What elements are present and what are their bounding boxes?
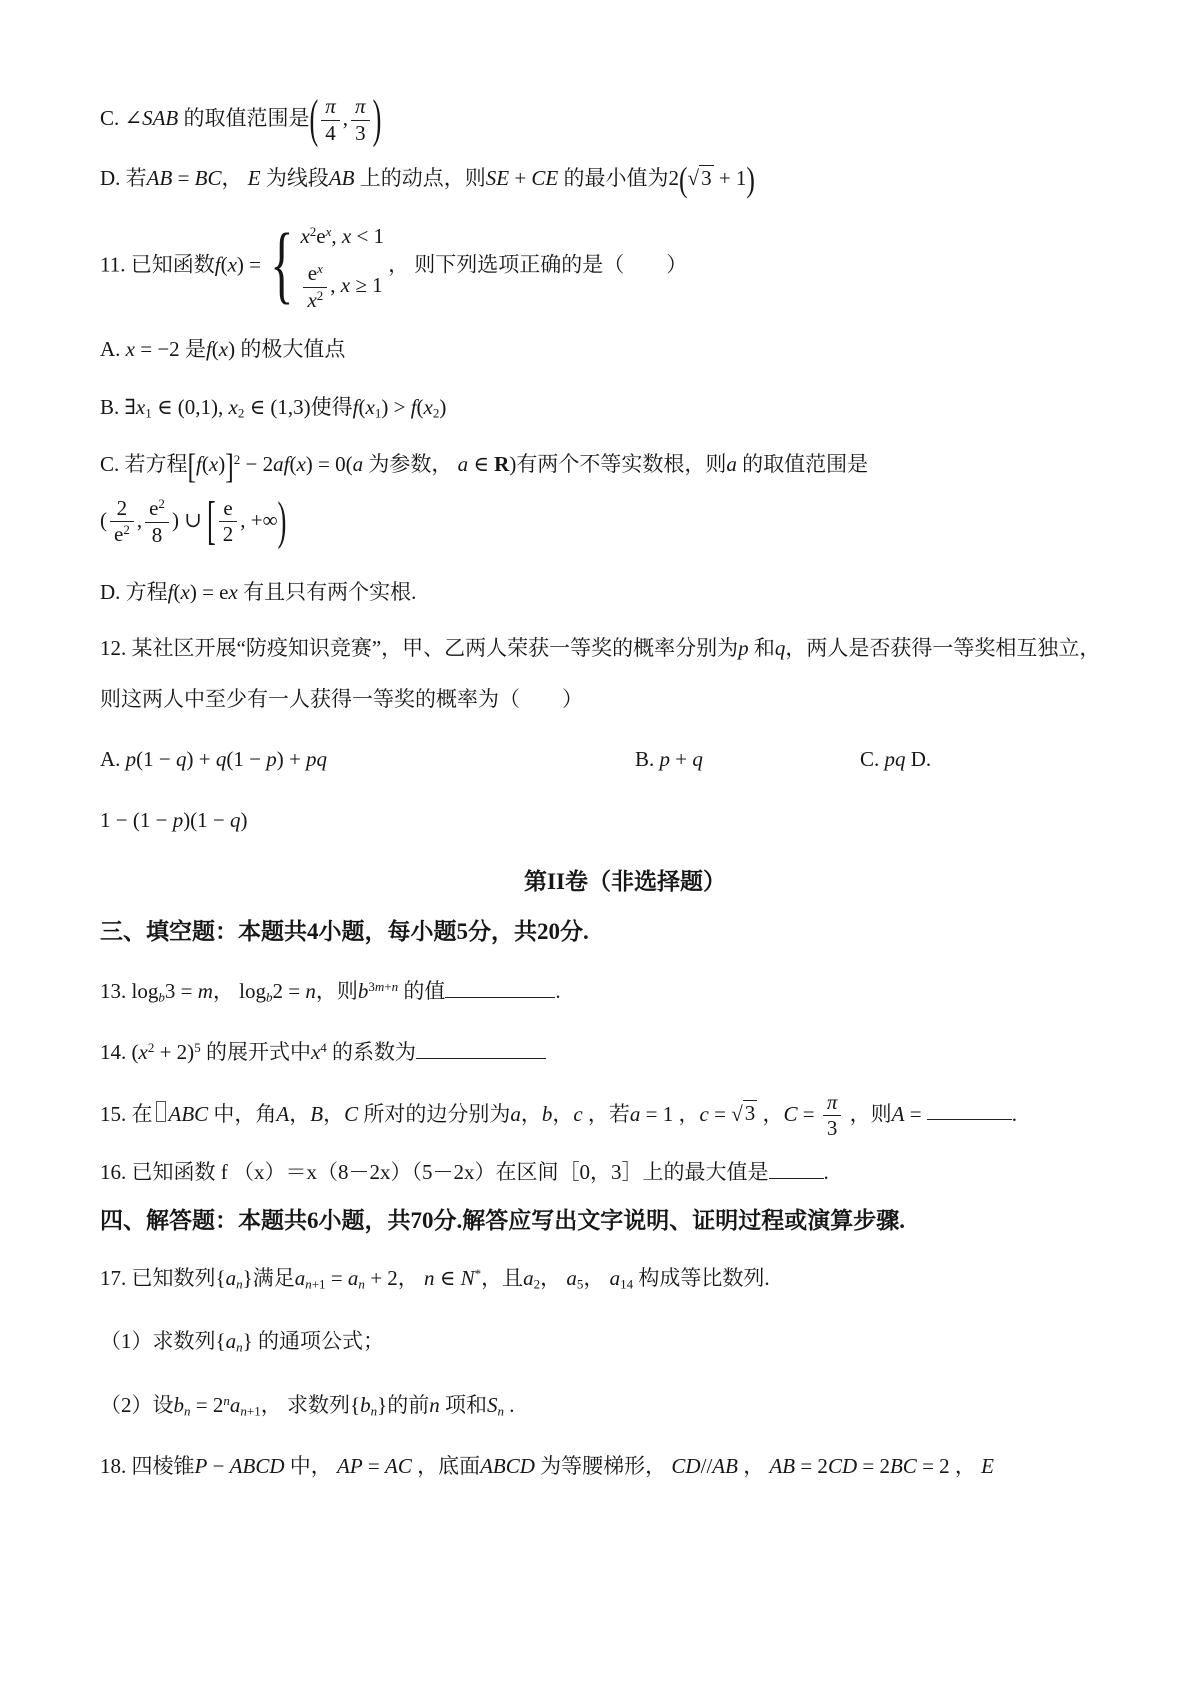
math-text: C. ∠ [100,106,142,130]
math-text: ， [323,1101,344,1125]
math-text: ABC [169,1101,209,1125]
math-text: 的展开式中 [201,1040,311,1064]
math-text: ，若 [583,1101,630,1125]
math-text: = [363,1454,385,1478]
math-text: 3 [701,166,712,190]
math-text: p [738,636,749,660]
math-text: )(1 − [183,808,230,832]
math-fraction: 2e2 [110,497,134,547]
math-text: A. [100,337,126,361]
math-text: ABCD [230,1454,285,1478]
math-text: x [229,580,238,604]
math-text: a [458,452,469,476]
math-text: = −2 [135,337,185,361]
math-fraction: π3 [823,1091,842,1141]
math-text: C. [860,747,885,771]
math-text: < 1 [351,224,384,248]
math-text: ， [222,166,248,190]
math-text: x [317,261,323,276]
fraction-denominator: 4 [321,121,340,146]
math-text: x [229,395,238,419]
math-text: + [384,978,391,993]
q17-part2-line: （2）设bn = 2nan+1， 求数列{bn}的前n 项和Sn . [100,1390,1150,1422]
math-text: 上的动点，则 [355,166,486,190]
math-text: 所对的边分别为 [358,1101,510,1125]
math-text: AB [329,166,355,190]
math-text: 17. 已知数列 [100,1266,216,1290]
math-text: ( [221,252,228,276]
math-text: = 2 [191,1393,224,1417]
math-text: a [353,452,364,476]
math-text: 16. 已知函数 f （x）＝x（8－2x）（5－2x）在区间［0，3］上的最大… [100,1160,769,1184]
math-text: ABCD [480,1454,535,1478]
q15-line: 15. 在ABC 中，角A，B，C 所对的边分别为a，b，c ，若a = 1 ，… [100,1091,1150,1141]
math-text: D. 若 [100,166,147,190]
math-text: 4 [325,121,336,145]
math-text: 3 [827,1116,838,1140]
fraction-numerator: 2 [110,497,134,523]
math-text: { [216,1329,226,1353]
q10-option-d-line: D. 若AB = BC， E 为线段AB 上的动点，则SE + CE 的最小值为… [100,163,1150,195]
math-text: ，则 [316,979,358,1003]
math-text: 构成等比数列. [633,1266,770,1290]
math-text: x [228,252,237,276]
math-text: 的通项公式； [253,1329,384,1353]
cases-brace-icon: { [270,223,293,310]
math-text: ， [552,1101,573,1125]
math-text: 12. 某社区开展“防疫知识竞赛”，甲、乙两人荣获一等奖的概率分别为 [100,636,738,660]
math-fraction: e2 [219,497,238,547]
math-text: ， [213,979,239,1003]
math-text: 14 [620,1276,633,1291]
math-text: a [523,1266,534,1290]
math-text: ∃ [125,395,136,419]
math-text: 为线段 [261,166,329,190]
math-text: 则这两人中至少有一人获得一等奖的概率为（ ） [100,687,583,711]
math-text: CD [828,1454,857,1478]
q12-option-c-line: C. pq D. [860,744,1150,776]
math-text: ， [583,1266,609,1290]
math-text: x [366,395,375,419]
fraction-numerator: e2 [145,497,169,523]
math-text: − 2 [240,452,273,476]
math-text: e [316,224,325,248]
math-text: e [308,261,317,285]
math-text: + 2 [365,1266,398,1290]
big-delimiter: ] [225,449,234,484]
math-text: pq [306,747,327,771]
math-text: 的最小值为 [558,166,668,190]
math-text: E [981,1454,994,1478]
math-fraction: exx2 [303,262,327,312]
math-text: 的取值范围是 [737,452,868,476]
math-text: 11. 已知函数 [100,252,215,276]
math-text: ≥ 1 [350,273,383,297]
cases-rows: x2ex, x < 1exx2, x ≥ 1 [300,221,384,313]
math-text: P [195,1454,208,1478]
math-sup: 2 [317,288,324,303]
math-text: x [139,1040,148,1064]
math-text: ∈ [468,452,494,476]
q11-option-c-range-line: (2e2,e28) ∪ [e2, +∞) [100,497,1150,547]
math-text: + [509,166,531,190]
q16-line: 16. 已知函数 f （x）＝x（8－2x）（5－2x）在区间［0，3］上的最大… [100,1157,1150,1189]
math-text: + [670,747,692,771]
part2-header: 第II卷（非选择题） [100,865,1150,900]
math-text: = 2 [795,1454,828,1478]
math-text: (1 − [226,747,266,771]
radicand: 3 [743,1100,758,1125]
math-text: . [504,1393,515,1417]
math-sub: n+1 [240,1403,260,1418]
math-text: + 1 [714,166,747,190]
math-text: 2 [317,288,324,303]
math-text: q [216,747,227,771]
math-text: 的值 [398,979,445,1003]
math-text: +1 [247,1403,261,1418]
fraction-numerator: π [351,95,370,121]
math-text: 使得 [311,395,353,419]
math-text: ) + [277,747,306,771]
math-text: 和 [749,636,775,660]
math-text: b [360,1393,371,1417]
math-text: （2）设 [100,1393,174,1417]
big-delimiter: ( [310,94,319,147]
math-text: ) [241,808,248,832]
math-text: ，两人是否获得一等奖相互独立， [785,636,1100,660]
math-text: S [487,1393,498,1417]
math-text: 的前 [387,1393,429,1417]
math-text: af [273,452,289,476]
math-text: 14. [100,1040,132,1064]
math-text: a [610,1266,621,1290]
math-text: ) [218,452,225,476]
big-delimiter: [ [188,449,197,484]
fraction-numerator: e [219,497,238,523]
math-text: a [226,1329,237,1353]
math-text: q [775,636,786,660]
math-text: A. [100,747,126,771]
math-text: N [461,1266,475,1290]
math-text: 项和 [440,1393,487,1417]
math-text: CE [531,166,558,190]
math-fraction: π3 [351,95,370,145]
math-text: , [331,224,342,248]
q12-options-row: A. p(1 − q) + q(1 − p) + pq B. p + q C. … [100,744,1150,776]
q12-stem-line-1: 12. 某社区开展“防疫知识竞赛”，甲、乙两人荣获一等奖的概率分别为p 和q，两… [100,633,1150,665]
math-text: . [824,1160,829,1184]
math-text: , [137,508,142,532]
math-text: p [173,808,184,832]
math-text: 2 [123,522,130,537]
q13-line: 13. logb3 = m， logb2 = n，则b3m+n 的值. [100,976,1150,1008]
math-text: ( [202,452,209,476]
math-text: (1 − [136,747,176,771]
q17-stem-line: 17. 已知数列{an}满足an+1 = an + 2， n ∈ N*，且a2，… [100,1263,1150,1295]
fraction-denominator: e2 [110,522,134,547]
fraction-numerator: ex [303,262,327,288]
math-text: ( [212,337,219,361]
answer-blank [445,979,555,998]
math-text: BC [890,1454,917,1478]
big-delimiter: ) [746,163,755,198]
math-text: 8 [152,523,163,547]
math-text: 3 [745,1101,756,1125]
math-text: x [311,1040,320,1064]
radical-sign-icon: √ [731,1101,743,1125]
math-text: q [176,747,187,771]
math-text: a [630,1101,641,1125]
q12-option-d-formula-line: 1 − (1 − p)(1 − q) [100,805,1150,837]
math-text: AB [769,1454,795,1478]
math-text: x [300,224,309,248]
math-text: E [248,166,261,190]
math-text: a [348,1266,359,1290]
math-text: n [424,1266,435,1290]
section3-fill-in-header: 三、填空题：本题共4小题，每小题5分，共20分. [100,915,1150,950]
math-text: = [326,1266,348,1290]
big-delimiter: ( [679,163,688,198]
math-text: ) ∪ [172,508,207,532]
exam-paper-page: C. ∠SAB 的取值范围是(π4,π3) D. 若AB = BC， E 为线段… [0,0,1200,1483]
math-text: b [174,1393,185,1417]
math-text: log [239,979,266,1003]
fraction-denominator: 2 [219,522,238,547]
math-text: ， [521,1101,542,1125]
math-text: b [542,1101,553,1125]
math-text: ) > [381,395,410,419]
math-text: n [305,979,316,1003]
math-text: . [1012,1101,1017,1125]
math-text: . [555,979,560,1003]
math-text: 中，角 [208,1101,276,1125]
math-text: log [132,979,159,1003]
math-text: , [343,106,348,130]
math-text: { [350,1393,360,1417]
math-text: e [114,523,123,547]
math-text: = [172,166,194,190]
math-text: D. 方程 [100,580,168,604]
math-sup: 2 [158,496,165,511]
math-sup: 2 [123,522,130,537]
math-text: 15. 在 [100,1101,153,1125]
math-text: x [181,580,190,604]
math-sup: 3m+n [368,978,398,993]
big-delimiter: ) [278,496,287,549]
math-text: （1）求数列 [100,1329,216,1353]
math-text: C [344,1101,358,1125]
math-text: x [307,288,316,312]
cases-row: exx2, x ≥ 1 [300,262,384,312]
math-text: c [573,1101,582,1125]
math-text: e [223,496,232,520]
q12-option-b-line: B. p + q [635,744,860,776]
math-text: D. [906,747,932,771]
math-text: ， [757,1101,783,1125]
math-text: } [377,1393,387,1417]
math-text: = [709,1101,731,1125]
answer-blank [769,1160,824,1179]
math-text: B [310,1101,323,1125]
math-text: x [341,273,350,297]
math-text: 18. 四棱锥 [100,1454,195,1478]
fraction-denominator: 3 [823,1116,842,1141]
math-text: 满足 [253,1266,295,1290]
math-text: BC [195,166,222,190]
math-fraction: e28 [145,497,169,547]
math-text: ， [398,1266,424,1290]
math-text: a [566,1266,577,1290]
math-text: = [797,1101,819,1125]
math-fraction: π4 [321,95,340,145]
math-text: p [126,747,137,771]
math-text: CD [671,1454,700,1478]
math-text: a [230,1393,241,1417]
math-text: { [216,1266,226,1290]
math-text: ( [417,395,424,419]
math-text: SAB [142,106,178,130]
math-text: 是 [185,337,206,361]
q11-option-a-line: A. x = −2 是f(x) 的极大值点 [100,334,1150,366]
math-text: = 2 [917,1454,950,1478]
q11-option-d-line: D. 方程f(x) = ex 有且只有两个实根. [100,577,1150,609]
math-text: 的取值范围是 [178,106,309,130]
math-text: π [325,94,336,118]
q14-line: 14. (x2 + 2)5 的展开式中x4 的系数为 [100,1037,1150,1069]
q17-part1-line: （1）求数列{an} 的通项公式； [100,1326,1150,1358]
fraction-denominator: 3 [351,121,370,146]
math-text: x [219,337,228,361]
math-text: , [330,273,341,297]
answer-blank [416,1040,546,1059]
math-text: a [726,452,737,476]
math-text: p [660,747,671,771]
math-text: 有两个不等实数根，则 [516,452,726,476]
math-text: + 2) [154,1040,194,1064]
math-sqrt: √3 [731,1100,757,1125]
math-text: q [692,747,703,771]
math-text: B. [100,395,125,419]
math-text: ) = [237,252,266,276]
math-text: ，底面 [412,1454,480,1478]
math-text: x [342,224,351,248]
math-text: p [266,747,277,771]
math-text: a [295,1266,306,1290]
fraction-numerator: π [823,1091,842,1117]
math-text: ， [738,1454,770,1478]
math-text: ( [174,580,181,604]
math-text: π [355,94,366,118]
math-text: x [424,395,433,419]
math-text: a [510,1101,521,1125]
math-text: 3 = [165,979,198,1003]
big-delimiter: [ [207,496,216,549]
math-text: x [296,452,305,476]
math-text: x [136,395,145,419]
q10-option-c-line: C. ∠SAB 的取值范围是(π4,π3) [100,95,1150,145]
math-text: ， 求数列 [261,1393,350,1417]
math-text: 3 [355,121,366,145]
math-text: // [701,1454,713,1478]
math-text: 2 [117,496,128,520]
math-text: c [700,1101,709,1125]
math-text: ) = 0( [306,452,353,476]
radicand: 3 [699,165,714,190]
q12-option-a-line: A. p(1 − q) + q(1 − p) + pq [100,744,635,776]
math-text: A [892,1101,905,1125]
math-text: x [209,452,218,476]
math-text: ， 则下列选项正确的是（ ） [388,252,687,276]
answer-blank [927,1102,1012,1121]
math-text: ∈ (1,3) [244,395,310,419]
math-text: = 2 [857,1454,890,1478]
math-text: 中， [285,1454,338,1478]
q18-stem-line: 18. 四棱锥P − ABCD 中， AP = AC ，底面ABCD 为等腰梯形… [100,1451,1150,1483]
math-text: 2 [223,522,234,546]
fraction-numerator: π [321,95,340,121]
math-text: } [243,1266,253,1290]
math-text: 1 − (1 − [100,808,173,832]
math-text: 2 [158,496,165,511]
math-text: B. [635,747,660,771]
math-text: ( [132,1040,139,1064]
math-text: 13. [100,979,132,1003]
math-text: +1 [312,1276,326,1291]
math-text: ，则 [844,1101,891,1125]
math-text: ) + [187,747,216,771]
q11-option-c-line: C. 若方程[f(x)]2 − 2af(x) = 0(a 为参数， a ∈ R)… [100,449,1150,481]
math-text: ) [439,395,446,419]
math-text: ( [359,395,366,419]
math-text: ， [289,1101,310,1125]
math-text: m [375,978,384,993]
math-text: AB [147,166,173,190]
math-text: 为等腰梯形， [535,1454,672,1478]
math-text: ∈ [435,1266,461,1290]
math-text: a [226,1266,237,1290]
math-text: 有且只有两个实根. [238,580,417,604]
math-text: ，且 [481,1266,523,1290]
radical-sign-icon: √ [688,166,700,190]
piecewise-cases: {x2ex, x < 1exx2, x ≥ 1 [270,221,384,313]
missing-glyph-box [156,1101,166,1122]
math-text: 2 = [272,979,305,1003]
q12-stem-line-2: 则这两人中至少有一人获得一等奖的概率为（ ） [100,684,1150,716]
math-text: ∈ (0,1), [152,395,229,419]
math-sup: x [317,261,323,276]
math-text: , +∞ [240,508,277,532]
q11-stem-line: 11. 已知函数f(x) = {x2ex, x < 1exx2, x ≥ 1， … [100,221,1150,313]
math-text: A [276,1101,289,1125]
math-text: pq [885,747,906,771]
math-text: AB [712,1454,738,1478]
math-text: m [198,979,213,1003]
math-text: AP [337,1454,363,1478]
section4-solution-header: 四、解答题：本题共6小题，共70分.解答应写出文字说明、证明过程或演算步骤. [100,1204,1150,1239]
math-text: x [126,337,135,361]
math-text: 的系数为 [327,1040,416,1064]
math-text: ， [950,1454,982,1478]
math-text: π [827,1090,838,1114]
q11-option-b-line: B. ∃x1 ∈ (0,1), x2 ∈ (1,3)使得f(x1) > f(x2… [100,392,1150,424]
math-text: ( [100,508,107,532]
math-text: 2 [669,166,680,190]
math-text: C. 若方程 [100,452,188,476]
math-text: R [494,452,509,476]
math-text: n [429,1393,440,1417]
math-text: ， [673,1101,699,1125]
math-text: b [358,979,369,1003]
